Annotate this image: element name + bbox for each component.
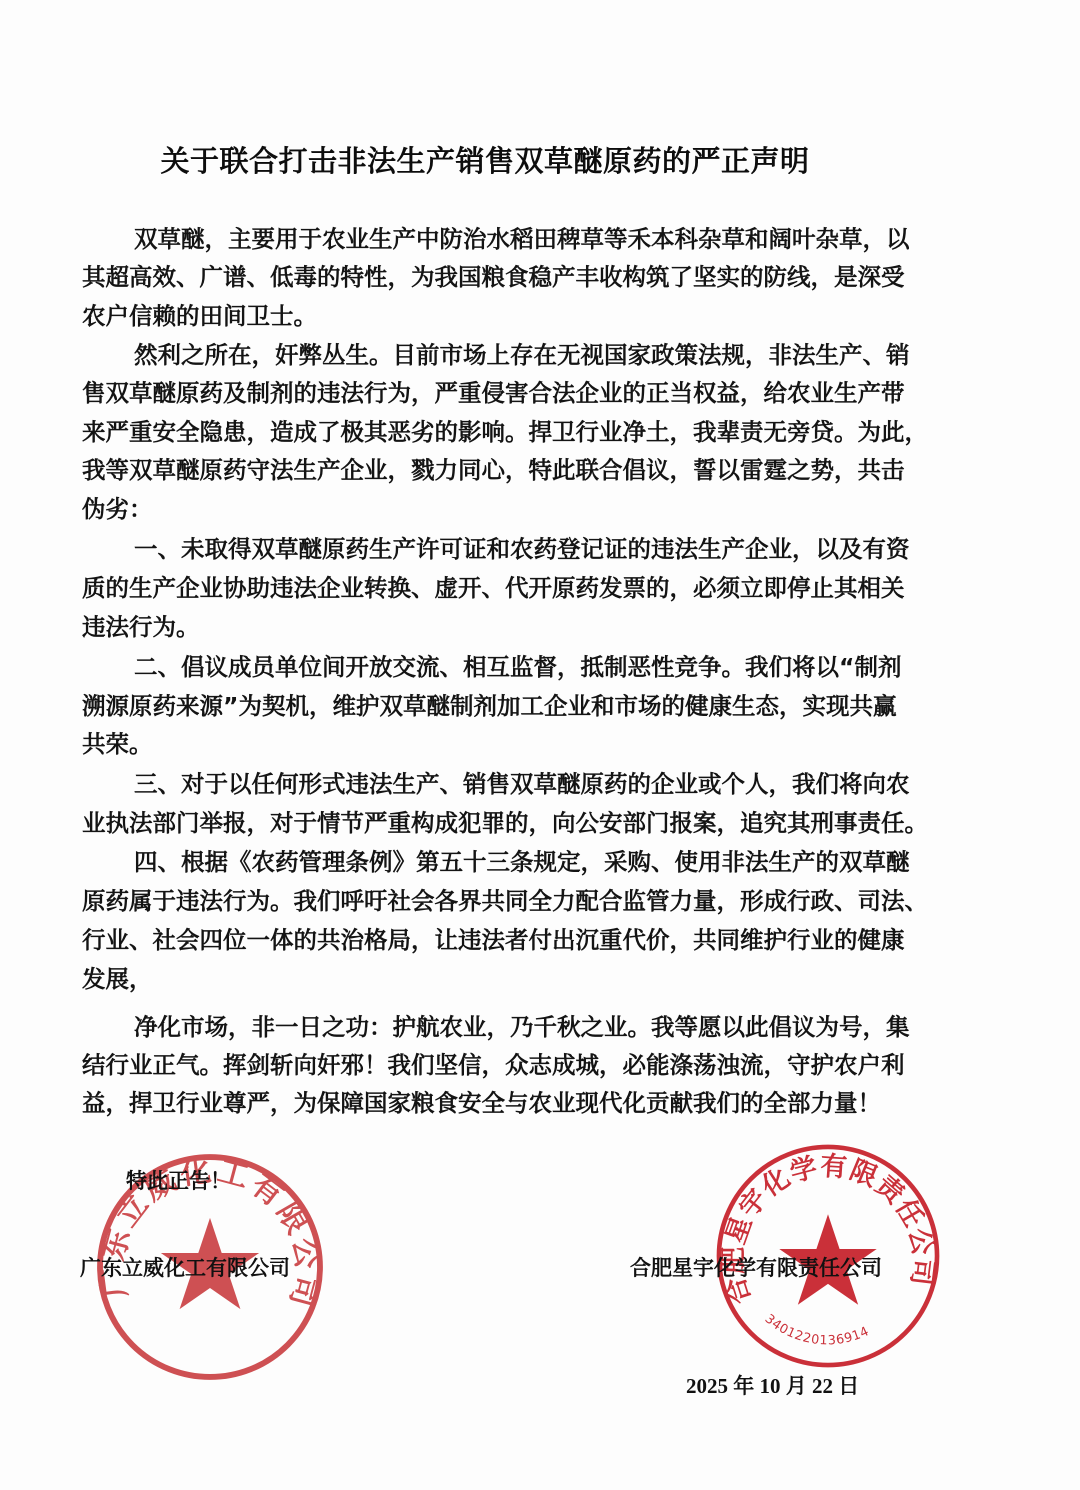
body-line: 结行业正气。挥剑斩向奸邪！我们坚信，众志成城，必能涤荡浊流，守护农户利 [82, 1050, 888, 1080]
body-line: 三、对于以任何形式违法生产、销售双草醚原药的企业或个人，我们将向农 [134, 769, 888, 799]
body-line: 二、倡议成员单位间开放交流、相互监督，抵制恶性竞争。我们将以“制剂 [134, 652, 888, 682]
body-line: 一、未取得双草醚原药生产许可证和农药登记证的违法生产企业，以及有资 [134, 534, 888, 564]
document-date: 2025 年 10 月 22 日 [686, 1370, 859, 1400]
body-line: 溯源原药来源”为契机，维护双草醚制剂加工企业和市场的健康生态，实现共赢 [82, 691, 888, 721]
body-line: 质的生产企业协助违法企业转换、虚开、代开原药发票的，必须立即停止其相关 [82, 573, 888, 603]
body-line: 农户信赖的田间卫士。 [82, 301, 888, 331]
body-line: 益，捍卫行业尊严，为保障国家粮食安全与农业现代化贡献我们的全部力量！ [82, 1088, 888, 1118]
body-line: 来严重安全隐患，造成了极其恶劣的影响。捍卫行业净土，我辈责无旁贷。为此， [82, 417, 888, 447]
body-line: 然利之所在，奸弊丛生。目前市场上存在无视国家政策法规，非法生产、销 [134, 340, 888, 370]
body-line: 违法行为。 [82, 612, 888, 642]
body-line: 其超高效、广谱、低毒的特性，为我国粮食稳产丰收构筑了坚实的防线，是深受 [82, 262, 888, 292]
body-line: 净化市场，非一日之功：护航农业，乃千秋之业。我等愿以此倡议为号，集 [134, 1012, 888, 1042]
signatory-right: 合肥星宇化学有限责任公司 [630, 1252, 882, 1282]
body-line: 四、根据《农药管理条例》第五十三条规定，采购、使用非法生产的双草醚 [134, 847, 888, 877]
body-line: 共荣。 [82, 729, 888, 759]
svg-text:3401220136914: 3401220136914 [762, 1312, 872, 1349]
signatory-left: 广东立威化工有限公司 [80, 1252, 290, 1282]
body-line: 行业、社会四位一体的共治格局，让违法者付出沉重代价，共同维护行业的健康 [82, 925, 888, 955]
body-line: 伪劣： [82, 494, 888, 524]
closing-remark: 特此正告！ [126, 1165, 231, 1195]
body-line: 原药属于违法行为。我们呼吁社会各界共同全力配合监管力量，形成行政、司法、 [82, 886, 888, 916]
body-line: 售双草醚原药及制剂的违法行为，严重侵害合法企业的正当权益，给农业生产带 [82, 378, 888, 408]
body-line: 发展， [82, 964, 888, 994]
body-line: 双草醚，主要用于农业生产中防治水稻田稗草等禾本科杂草和阔叶杂草，以 [134, 224, 888, 254]
body-line: 业执法部门举报，对于情节严重构成犯罪的，向公安部门报案，追究其刑事责任。 [82, 808, 888, 838]
body-line: 我等双草醚原药守法生产企业，戮力同心，特此联合倡议，誓以雷霆之势，共击 [82, 455, 888, 485]
document-title: 关于联合打击非法生产销售双草醚原药的严正声明 [0, 139, 1080, 180]
